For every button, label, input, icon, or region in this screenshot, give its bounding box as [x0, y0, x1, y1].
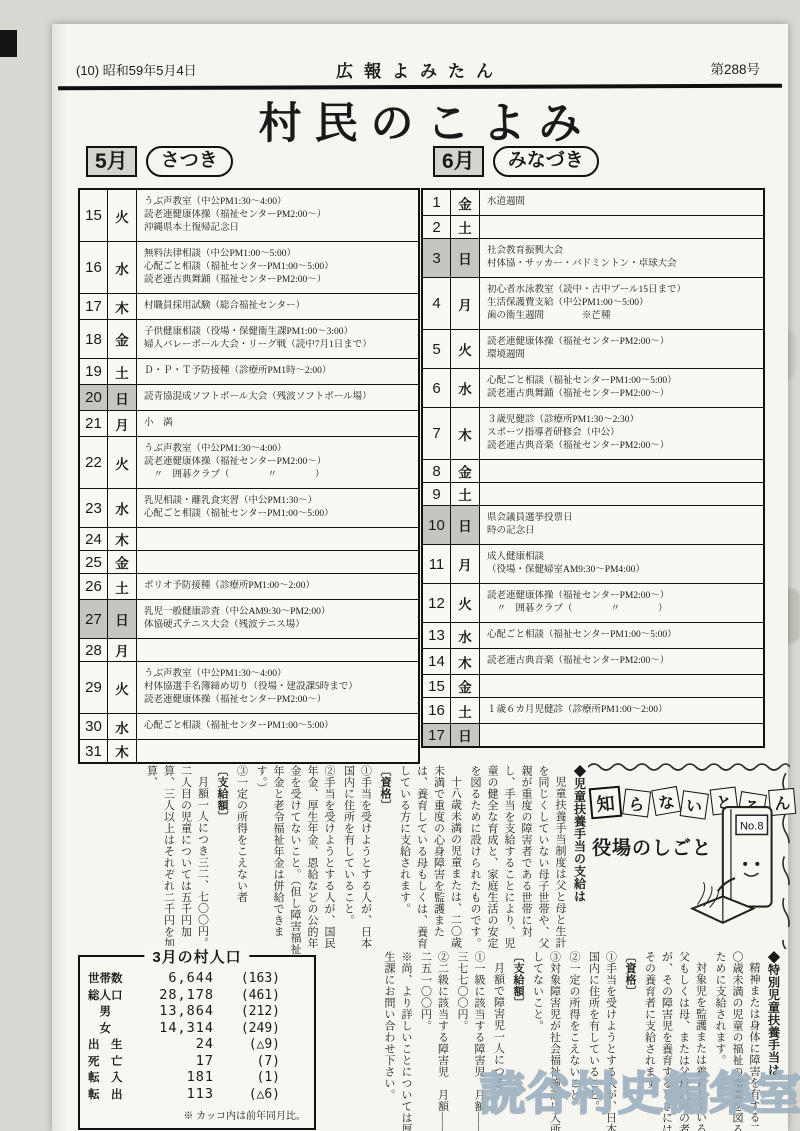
calendar-row: 5火読老連健康体操（福祉センターPM2:00～）環境週間 [423, 329, 763, 368]
day-number: 26 [80, 574, 107, 599]
calendar-row: 17木村職員採用試験（総合福祉センター） [80, 293, 418, 319]
day-number: 29 [80, 662, 107, 713]
day-number: 8 [423, 460, 450, 482]
day-number: 1 [423, 190, 450, 215]
month-label-june: 6月 [433, 146, 484, 177]
events-cell [137, 740, 418, 762]
calendar-row: 19土Ｄ・Ｐ・Ｔ予防接種（診療所PM1時～2:00） [80, 358, 418, 384]
event-text: ３歳児健診（診療所PM1:30～2:30） [487, 414, 761, 427]
population-diff: (461) [214, 988, 280, 1003]
weekday-label: 日 [450, 724, 480, 746]
events-cell: 県会議員選挙投票日時の記念日 [480, 506, 763, 544]
event-text: 心配ごと相談（福祉センターPM1:00～5:00） [144, 261, 416, 274]
event-text: 体協硬式テニス大会（残波テニス場） [144, 619, 416, 632]
day-number: 28 [80, 639, 107, 661]
day-number: 30 [80, 714, 107, 739]
day-number: 23 [80, 489, 107, 527]
day-number: 3 [423, 239, 450, 277]
month-label-may: 5月 [86, 146, 137, 177]
weekday-label: 金 [450, 675, 480, 697]
article-p: 月額一人につき三二、七〇〇円。二人目の児童については五千円加算、三人以上はそれぞ… [143, 765, 211, 957]
event-text: 心配ごと相談（福祉センターPM1:00～5:00） [487, 375, 761, 388]
weekday-label: 金 [450, 190, 480, 215]
column-badge: 知らないとそん 役場のしごと No.8 [588, 761, 790, 953]
events-cell: 読老連健康体操（福祉センターPM2:00～） 〃 囲碁クラブ（ 〃 ） [480, 584, 763, 622]
june-header: 6月 みなづき [433, 146, 599, 177]
population-diff: (1) [214, 1070, 280, 1085]
population-label: 転 出 [88, 1086, 142, 1102]
events-cell: 読青協混成ソフトボール大会（残波ソフトボール場） [137, 385, 418, 410]
calendar-row: 15火うぶ声教室（中公PM1:30～4:00）読老連健康体操（福祉センターPM2… [80, 190, 418, 241]
weekday-label: 日 [107, 385, 137, 410]
population-row: 死 亡17(7) [88, 1053, 306, 1070]
event-text: スポーツ指導者研修会（中公） [487, 427, 761, 440]
day-number: 10 [423, 506, 450, 544]
weekday-label: 水 [450, 623, 480, 648]
article-note: ※尚、より詳しいことについては厚生課にお問い合わせ下さい。 [380, 951, 414, 1131]
weekday-label: 火 [450, 584, 480, 622]
event-text: 子供健康相談（役場・保健衛生課PM1:00～3:00） [144, 326, 416, 339]
article-sub: 〔支給額〕 [213, 765, 230, 957]
day-number: 2 [423, 216, 450, 238]
weekday-label: 月 [107, 411, 137, 436]
calendar-row: 7木３歳児健診（診療所PM1:30～2:30）スポーツ指導者研修会（中公）読老連… [423, 407, 763, 459]
weekday-label: 月 [107, 639, 137, 661]
population-value: 14,314 [142, 1020, 214, 1036]
day-number: 6 [423, 369, 450, 407]
article-child-allowance: ◆児童扶養手当の支給は児童扶養手当制度は父と母と生計を同じくしていない母子世帯や… [84, 765, 590, 957]
weekday-label: 水 [450, 369, 480, 407]
event-text: 生活保護費支給（中公PM1:00～5:00） [487, 297, 761, 310]
population-value: 181 [142, 1069, 214, 1085]
event-text: 読老連古典音楽（福祉センターPM2:00～） [487, 440, 761, 453]
population-row: 女14,314(249) [88, 1020, 306, 1037]
calendar-row: 12火読老連健康体操（福祉センターPM2:00～） 〃 囲碁クラブ（ 〃 ） [423, 583, 763, 622]
event-text: 乳児一般健康診査（中公AM9:30～PM2:00） [144, 606, 416, 619]
population-value: 24 [142, 1036, 214, 1052]
day-number: 17 [80, 294, 107, 319]
population-label: 出 生 [88, 1036, 142, 1052]
events-cell [480, 724, 763, 746]
event-text: 読老連古典舞踊（福祉センターPM2:00～） [144, 274, 416, 287]
weekday-label: 木 [450, 649, 480, 674]
event-text: 環境週間 [487, 349, 761, 362]
events-cell: 読老連健康体操（福祉センターPM2:00～）環境週間 [480, 330, 763, 368]
publication-title: 広報よみたん [52, 57, 788, 82]
events-cell: 社会教育振興大会村体協・サッカー・バドミントン・卓球大会 [480, 239, 763, 277]
weekday-label: 日 [450, 506, 480, 544]
event-text: 沖縄県本土復帰記念日 [144, 222, 416, 235]
event-text: 時の記念日 [487, 525, 761, 538]
events-cell: 成人健康相談（役場・保健婦室AM9:30～PM4:00） [480, 545, 763, 583]
weekday-label: 火 [107, 437, 137, 488]
weekday-label: 土 [450, 216, 480, 238]
article-item: ①手当を受けようとする人が、日本国内に住所を有していること。 [340, 765, 374, 957]
calendar-row: 31木 [80, 739, 418, 762]
weekday-label: 土 [450, 698, 480, 723]
event-text: うぶ声教室（中公PM1:30～4:00） [144, 443, 416, 456]
population-diff: (163) [214, 971, 280, 986]
event-text: 〃 囲碁クラブ（ 〃 ） [487, 603, 761, 616]
calendar-row: 17日 [423, 723, 763, 746]
events-cell: 水道週間 [480, 190, 763, 215]
events-cell: うぶ声教室（中公PM1:30～4:00）読老連健康体操（福祉センターPM2:00… [137, 190, 418, 241]
event-text: 読老連健康体操（福祉センターPM2:00～） [487, 590, 761, 603]
calendar-row: 25金 [80, 550, 418, 573]
month-kana-may: さつき [146, 146, 233, 177]
calendar-row: 18金子供健康相談（役場・保健衛生課PM1:00～3:00）婦人バレーボール大会… [80, 319, 418, 358]
weekday-label: 水 [107, 242, 137, 293]
weekday-label: 金 [107, 320, 137, 358]
event-text: 村職員採用試験（総合福祉センター） [144, 300, 416, 313]
badge-tile: 知 [589, 786, 623, 820]
calendar-row: 30水心配ごと相談（福祉センターPM1:00～5:00） [80, 713, 418, 739]
calendar-row: 8金 [423, 459, 763, 482]
calendar-row: 6水心配ごと相談（福祉センターPM1:00～5:00）読老連古典舞踊（福祉センタ… [423, 368, 763, 407]
wavy-border-top-icon [588, 761, 790, 773]
event-text: うぶ声教室（中公PM1:30～4:00） [144, 196, 416, 209]
events-cell: 乳児相談・離乳食実習（中公PM1:30～）心配ごと相談（福祉センターPM1:00… [137, 489, 418, 527]
event-text: 婦人バレーボール大会・リーグ戦（読中7月1日まで） [144, 339, 416, 352]
issue-number: 第288号 [710, 58, 760, 78]
day-number: 19 [80, 359, 107, 384]
events-cell: 乳児一般健康診査（中公AM9:30～PM2:00）体協硬式テニス大会（残波テニス… [137, 600, 418, 638]
population-box: 3月の村人口 世帯数6,644(163)総人口28,178(461) 男13,8… [78, 955, 316, 1130]
weekday-label: 日 [450, 239, 480, 277]
weekday-label: 土 [107, 359, 137, 384]
weekday-label: 水 [107, 489, 137, 527]
events-cell: うぶ声教室（中公PM1:30～4:00）村体協選手名簿締め切り（役場・建設課5時… [137, 662, 418, 713]
header-divider [58, 84, 782, 90]
events-cell: 村職員採用試験（総合福祉センター） [137, 294, 418, 319]
day-number: 15 [423, 675, 450, 697]
day-number: 7 [423, 408, 450, 459]
event-text: うぶ声教室（中公PM1:30～4:00） [144, 668, 416, 681]
events-cell [480, 675, 763, 697]
event-text: 小 満 [144, 417, 416, 430]
calendar-row: 22火うぶ声教室（中公PM1:30～4:00）読老連健康体操（福祉センターPM2… [80, 436, 418, 488]
day-number: 12 [423, 584, 450, 622]
population-rows: 世帯数6,644(163)総人口28,178(461) 男13,864(212)… [88, 970, 306, 1102]
day-number: 27 [80, 600, 107, 638]
calendar-row: 15金 [423, 674, 763, 697]
population-diff: (7) [214, 1054, 280, 1069]
population-diff: (249) [214, 1021, 280, 1036]
event-text: 無料法律相談（中公PM1:00～5:00） [144, 248, 416, 261]
events-cell: 子供健康相談（役場・保健衛生課PM1:00～3:00）婦人バレーボール大会・リー… [137, 320, 418, 358]
calendar-row: 20日読青協混成ソフトボール大会（残波ソフトボール場） [80, 384, 418, 410]
event-text: ポリオ予防接種（診療所PM1:00～2:00） [144, 580, 416, 593]
page-title: 村民のこよみ [52, 90, 788, 151]
population-row: 総人口28,178(461) [88, 987, 306, 1004]
event-text: Ｄ・Ｐ・Ｔ予防接種（診療所PM1時～2:00） [144, 365, 416, 378]
event-text: 村体協・サッカー・バドミントン・卓球大会 [487, 258, 761, 271]
population-value: 13,864 [142, 1003, 214, 1019]
calendar-row: 14木読老連古典音楽（福祉センターPM2:00～） [423, 648, 763, 674]
calendar-row: 4月初心者水泳教室（読中・古中プール15日まで）生活保護費支給（中公PM1:00… [423, 277, 763, 329]
population-row: 男13,864(212) [88, 1003, 306, 1020]
weekday-label: 金 [450, 460, 480, 482]
scan-corner-mark [0, 30, 17, 57]
calendar-row: 9土 [423, 482, 763, 505]
day-number: 5 [423, 330, 450, 368]
event-text: 読老連古典舞踊（福祉センターPM2:00～） [487, 388, 761, 401]
weekday-label: 木 [107, 294, 137, 319]
calendar-table-june: 1金水道週間2土3日社会教育振興大会村体協・サッカー・バドミントン・卓球大会4月… [421, 188, 765, 748]
event-text: 読老連健康体操（福祉センターPM2:00～） [144, 209, 416, 222]
events-cell [137, 528, 418, 550]
day-number: 13 [423, 623, 450, 648]
event-text: 読青協混成ソフトボール大会（残波ソフトボール場） [144, 391, 416, 404]
event-text: 心配ごと相談（福祉センターPM1:00～5:00） [144, 720, 416, 733]
calendar-row: 29火うぶ声教室（中公PM1:30～4:00）村体協選手名簿締め切り（役場・建設… [80, 661, 418, 713]
article-p: 十八歳未満の児童または、二〇歳未満で重度の心身障害を監護または、養育している母も… [396, 765, 464, 957]
event-text: 心配ごと相談（福祉センターPM1:00～5:00） [487, 629, 761, 642]
weekday-label: 土 [450, 483, 480, 505]
events-cell: うぶ声教室（中公PM1:30～4:00）読老連健康体操（福祉センターPM2:00… [137, 437, 418, 488]
population-value: 113 [142, 1086, 214, 1102]
events-cell: 心配ごと相談（福祉センターPM1:00～5:00） [137, 714, 418, 739]
events-cell [480, 216, 763, 238]
calendar-row: 2土 [423, 215, 763, 238]
calendar-table-may: 15火うぶ声教室（中公PM1:30～4:00）読老連健康体操（福祉センターPM2… [78, 188, 420, 764]
event-text: 県会議員選挙投票日 [487, 512, 761, 525]
population-label: 死 亡 [88, 1053, 142, 1069]
calendar-row: 23水乳児相談・離乳食実習（中公PM1:30～）心配ごと相談（福祉センターPM1… [80, 488, 418, 527]
mascot-book-icon: No.8 [688, 803, 780, 935]
calendar-row: 28月 [80, 638, 418, 661]
day-number: 4 [423, 278, 450, 329]
event-text: 水道週間 [487, 196, 761, 209]
article-head: ◆児童扶養手当の支給は [571, 765, 588, 957]
population-label: 世帯数 [88, 970, 142, 986]
events-cell: ３歳児健診（診療所PM1:30～2:30）スポーツ指導者研修会（中公）読老連古典… [480, 408, 763, 459]
calendar-row: 10日県会議員選挙投票日時の記念日 [423, 505, 763, 544]
badge-tile: ら [622, 788, 651, 817]
event-text: 読老連健康体操（福祉センターPM2:00～） [487, 336, 761, 349]
event-text: 村体協選手名簿締め切り（役場・建設課5時まで） [144, 681, 416, 694]
calendar-row: 11月成人健康相談（役場・保健婦室AM9:30～PM4:00） [423, 544, 763, 583]
event-text: 歯の衛生週間 ※芒種 [487, 310, 761, 323]
population-row: 世帯数6,644(163) [88, 970, 306, 987]
newspaper-sheet: (10) 昭和59年5月4日 広報よみたん 第288号 村民のこよみ 5月 さつ… [52, 24, 788, 1131]
event-text: 〃 囲碁クラブ（ 〃 ） [144, 469, 416, 482]
day-number: 16 [80, 242, 107, 293]
event-text: 読老連古典音楽（福祉センターPM2:00～） [487, 655, 761, 668]
weekday-label: 月 [450, 278, 480, 329]
population-value: 28,178 [142, 987, 214, 1003]
weekday-label: 水 [107, 714, 137, 739]
population-diff: (212) [214, 1004, 280, 1019]
article-item: ②二級に該当する障害児 月額――二五一〇〇円。 [417, 951, 451, 1131]
day-number: 17 [423, 724, 450, 746]
event-text: 乳児相談・離乳食実習（中公PM1:30～） [144, 495, 416, 508]
scanned-newsletter-page: (10) 昭和59年5月4日 広報よみたん 第288号 村民のこよみ 5月 さつ… [0, 0, 800, 1131]
population-row: 転 出113(△6) [88, 1086, 306, 1103]
event-text: 心配ごと相談（福祉センターPM1:00～5:00） [144, 508, 416, 521]
day-number: 15 [80, 190, 107, 241]
population-label: 女 [88, 1020, 142, 1036]
day-number: 21 [80, 411, 107, 436]
day-number: 11 [423, 545, 450, 583]
article-item: ②手当を受けようとする人が、国民年金、厚生年金、恩給などの公的年金を受けてないこ… [252, 765, 337, 957]
calendar-row: 13水心配ごと相談（福祉センターPM1:00～5:00） [423, 622, 763, 648]
events-cell [480, 460, 763, 482]
calendar-row: 1金水道週間 [423, 190, 763, 215]
events-cell: 初心者水泳教室（読中・古中プール15日まで）生活保護費支給（中公PM1:00～5… [480, 278, 763, 329]
events-cell: ポリオ予防接種（診療所PM1:00～2:00） [137, 574, 418, 599]
article-sub: 〔資格〕 [376, 765, 393, 957]
day-number: 24 [80, 528, 107, 550]
weekday-label: 火 [450, 330, 480, 368]
events-cell: 心配ごと相談（福祉センターPM1:00～5:00）読老連古典舞踊（福祉センターP… [480, 369, 763, 407]
population-row: 出 生24(△9) [88, 1036, 306, 1053]
weekday-label: 木 [107, 740, 137, 762]
event-text: 成人健康相談 [487, 551, 761, 564]
population-note: ※ カッコ内は前年同月比。 [88, 1107, 306, 1122]
article-item: ③一定の所得をこえない者 [233, 765, 250, 957]
calendar-row: 27日乳児一般健康診査（中公AM9:30～PM2:00）体協硬式テニス大会（残波… [80, 599, 418, 638]
weekday-label: 木 [107, 528, 137, 550]
events-cell: Ｄ・Ｐ・Ｔ予防接種（診療所PM1時～2:00） [137, 359, 418, 384]
calendar-row: 16土１歳６カ月児健診（診療所PM1:00～2:00） [423, 697, 763, 723]
event-text: 読老連健康体操（福祉センターPM2:00～） [144, 456, 416, 469]
events-cell: 読老連古典音楽（福祉センターPM2:00～） [480, 649, 763, 674]
day-number: 20 [80, 385, 107, 410]
day-number: 14 [423, 649, 450, 674]
may-header: 5月 さつき [86, 146, 233, 177]
day-number: 9 [423, 483, 450, 505]
weekday-label: 金 [107, 551, 137, 573]
weekday-label: 火 [107, 190, 137, 241]
events-cell: 小 満 [137, 411, 418, 436]
population-label: 転 入 [88, 1069, 142, 1085]
population-diff: (△6) [214, 1087, 280, 1102]
day-number: 18 [80, 320, 107, 358]
events-cell [137, 551, 418, 573]
population-title: 3月の村人口 [144, 946, 249, 967]
event-text: 初心者水泳教室（読中・古中プール15日まで） [487, 284, 761, 297]
events-cell: 心配ごと相談（福祉センターPM1:00～5:00） [480, 623, 763, 648]
weekday-label: 木 [450, 408, 480, 459]
badge-number: No.8 [740, 820, 764, 832]
weekday-label: 日 [107, 600, 137, 638]
weekday-label: 火 [107, 662, 137, 713]
population-value: 6,644 [142, 970, 214, 986]
event-text: １歳６カ月児健診（診療所PM1:00～2:00） [487, 704, 761, 717]
weekday-label: 土 [107, 574, 137, 599]
calendar-row: 16水無料法律相談（中公PM1:00～5:00）心配ごと相談（福祉センターPM1… [80, 241, 418, 293]
calendar-row: 3日社会教育振興大会村体協・サッカー・バドミントン・卓球大会 [423, 238, 763, 277]
weekday-label: 月 [450, 545, 480, 583]
calendar-row: 24木 [80, 527, 418, 550]
day-number: 22 [80, 437, 107, 488]
population-value: 17 [142, 1053, 214, 1069]
article-p: 児童扶養手当制度は父と母と生計を同じくしていない母子世帯や、父親が重度の障害者で… [466, 765, 568, 957]
badge-tile: な [651, 786, 681, 816]
month-kana-june: みなづき [493, 146, 599, 177]
archive-watermark: 読谷村史編集室 [480, 1057, 800, 1122]
events-cell [480, 483, 763, 505]
day-number: 25 [80, 551, 107, 573]
events-cell: 無料法律相談（中公PM1:00～5:00）心配ごと相談（福祉センターPM1:00… [137, 242, 418, 293]
calendar-row: 26土ポリオ予防接種（診療所PM1:00～2:00） [80, 573, 418, 599]
events-cell: １歳６カ月児健診（診療所PM1:00～2:00） [480, 698, 763, 723]
population-diff: (△9) [214, 1037, 280, 1052]
event-text: （役場・保健婦室AM9:30～PM4:00） [487, 564, 761, 577]
day-number: 16 [423, 698, 450, 723]
population-label: 男 [88, 1003, 142, 1019]
population-label: 総人口 [88, 987, 142, 1003]
event-text: 読老連健康体操（福祉センターPM2:00～） [144, 694, 416, 707]
population-row: 転 入181(1) [88, 1069, 306, 1086]
calendar-row: 21月小 満 [80, 410, 418, 436]
day-number: 31 [80, 740, 107, 762]
event-text: 社会教育振興大会 [487, 245, 761, 258]
events-cell [137, 639, 418, 661]
